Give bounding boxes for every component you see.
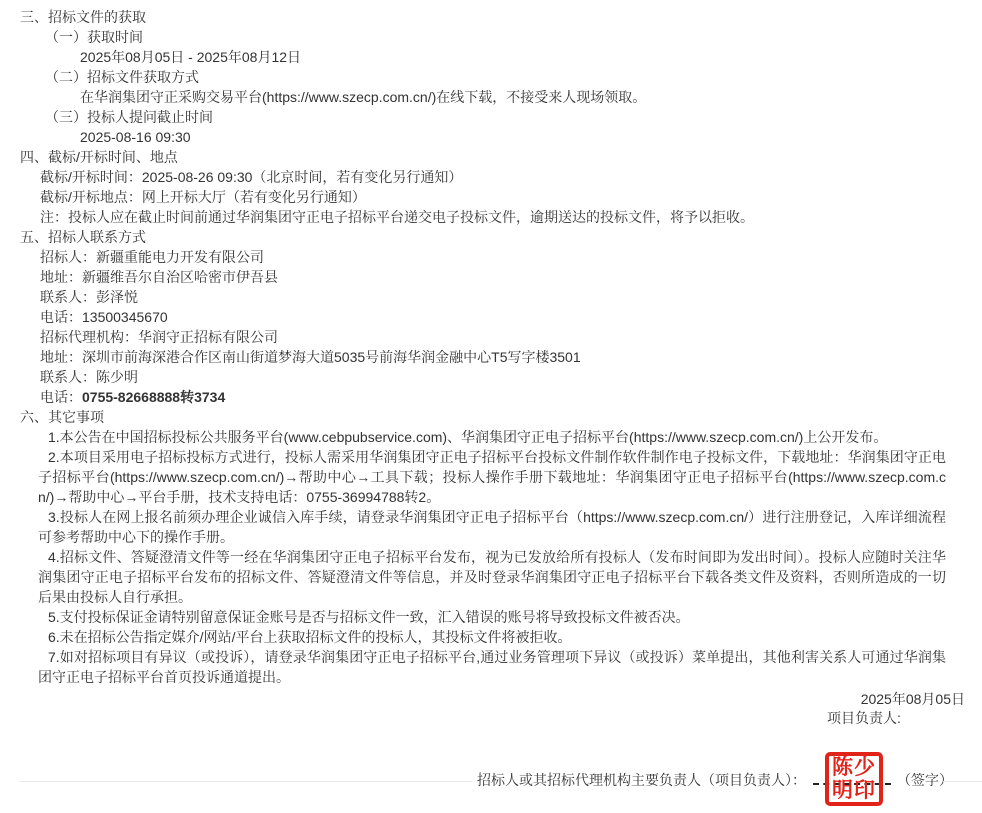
tenderer-row: 招标人：新疆重能电力开发有限公司	[20, 247, 966, 267]
signature-stamp: 陈少 明印	[825, 752, 883, 806]
agency-contact-label: 联系人：	[40, 369, 96, 385]
project-manager-label: 项目负责人:	[827, 708, 901, 728]
other-matters-paragraph-2: 2.本项目采用电子招标投标方式进行，投标人需采用华润集团守正电子招标平台投标文件…	[38, 447, 946, 507]
contact-label: 联系人：	[40, 289, 96, 305]
contact-value: 彭泽悦	[96, 289, 138, 305]
divider-line-left	[20, 781, 472, 782]
announcement-date: 2025年08月05日	[861, 689, 965, 709]
section3-item2-label: （二）招标文件获取方式	[20, 67, 966, 87]
section6-title: 六、其它事项	[20, 407, 966, 427]
tenderer-label: 招标人：	[40, 249, 96, 265]
address-value: 新疆维吾尔自治区哈密市伊吾县	[82, 269, 278, 285]
agency-value: 华润守正招标有限公司	[138, 329, 278, 345]
document-body: 三、招标文件的获取 （一）获取时间 2025年08月05日 - 2025年08月…	[0, 0, 982, 687]
signature-suffix-label: （签字）	[897, 770, 953, 790]
other-matters-paragraph-5: 5.支付投标保证金请特别留意保证金账号是否与招标文件一致，汇入错误的账号将导致投…	[38, 607, 946, 627]
tenderer-contact-row: 联系人：彭泽悦	[20, 287, 966, 307]
section3-item3-label: （三）投标人提问截止时间	[20, 107, 966, 127]
tenderer-address-row: 地址：新疆维吾尔自治区哈密市伊吾县	[20, 267, 966, 287]
section5-title: 五、招标人联系方式	[20, 227, 966, 247]
section4-opening-place: 截标/开标地点：网上开标大厅（若有变化另行通知）	[20, 187, 966, 207]
address-label: 地址：	[40, 269, 82, 285]
stamp-text-bottom: 明印	[829, 779, 879, 802]
agency-address-label: 地址：	[40, 349, 82, 365]
other-matters-paragraph-7: 7.如对招标项目有异议（或投诉），请登录华润集团守正电子招标平台,通过业务管理项…	[38, 647, 946, 687]
agency-contact-value: 陈少明	[96, 369, 138, 385]
agency-phone-value: 0755-82668888转3734	[82, 389, 225, 405]
other-matters-paragraph-1: 1.本公告在中国招标投标公共服务平台(www.cebpubservice.com…	[38, 427, 946, 447]
agency-row: 招标代理机构：华润守正招标有限公司	[20, 327, 966, 347]
tenderer-value: 新疆重能电力开发有限公司	[96, 249, 264, 265]
tender-notice-page: { "colors": { "text": "#333333", "stamp_…	[0, 0, 982, 813]
section3-item3-content: 2025-08-16 09:30	[20, 127, 966, 147]
agency-phone-row: 电话：0755-82668888转3734	[20, 387, 966, 407]
section4-title: 四、截标/开标时间、地点	[20, 147, 966, 167]
tenderer-phone-row: 电话：13500345670	[20, 307, 966, 327]
section4-deadline-time: 截标/开标时间：2025-08-26 09:30（北京时间，若有变化另行通知）	[20, 167, 966, 187]
other-matters-paragraph-6: 6.未在招标公告指定媒介/网站/平台上获取招标文件的投标人，其投标文件将被拒收。	[38, 627, 946, 647]
section3-item1-content: 2025年08月05日 - 2025年08月12日	[20, 47, 966, 67]
phone-label: 电话：	[40, 309, 82, 325]
stamp-text-top: 陈少	[829, 756, 879, 779]
signature-field-label: 招标人或其招标代理机构主要负责人（项目负责人）：	[477, 770, 806, 790]
section4-note: 注：投标人应在截止时间前通过华润集团守正电子招标平台递交电子投标文件，逾期送达的…	[20, 207, 966, 227]
divider-line-right	[943, 781, 982, 782]
other-matters-paragraph-4: 4.招标文件、答疑澄清文件等一经在华润集团守正电子招标平台发布，视为已发放给所有…	[38, 547, 946, 607]
agency-contact-row: 联系人：陈少明	[20, 367, 966, 387]
section3-item2-content: 在华润集团守正采购交易平台(https://www.szecp.com.cn/)…	[20, 87, 966, 107]
phone-value: 13500345670	[82, 309, 168, 325]
other-matters-paragraph-3: 3.投标人在网上报名前须办理企业诚信入库手续，请登录华润集团守正电子招标平台（h…	[38, 507, 946, 547]
section3-title: 三、招标文件的获取	[20, 7, 966, 27]
agency-phone-label: 电话：	[40, 389, 82, 405]
agency-address-row: 地址：深圳市前海深港合作区南山街道梦海大道5035号前海华润金融中心T5写字楼3…	[20, 347, 966, 367]
agency-label: 招标代理机构：	[40, 329, 138, 345]
section3-item1-label: （一）获取时间	[20, 27, 966, 47]
agency-address-value: 深圳市前海深港合作区南山街道梦海大道5035号前海华润金融中心T5写字楼3501	[82, 349, 581, 365]
